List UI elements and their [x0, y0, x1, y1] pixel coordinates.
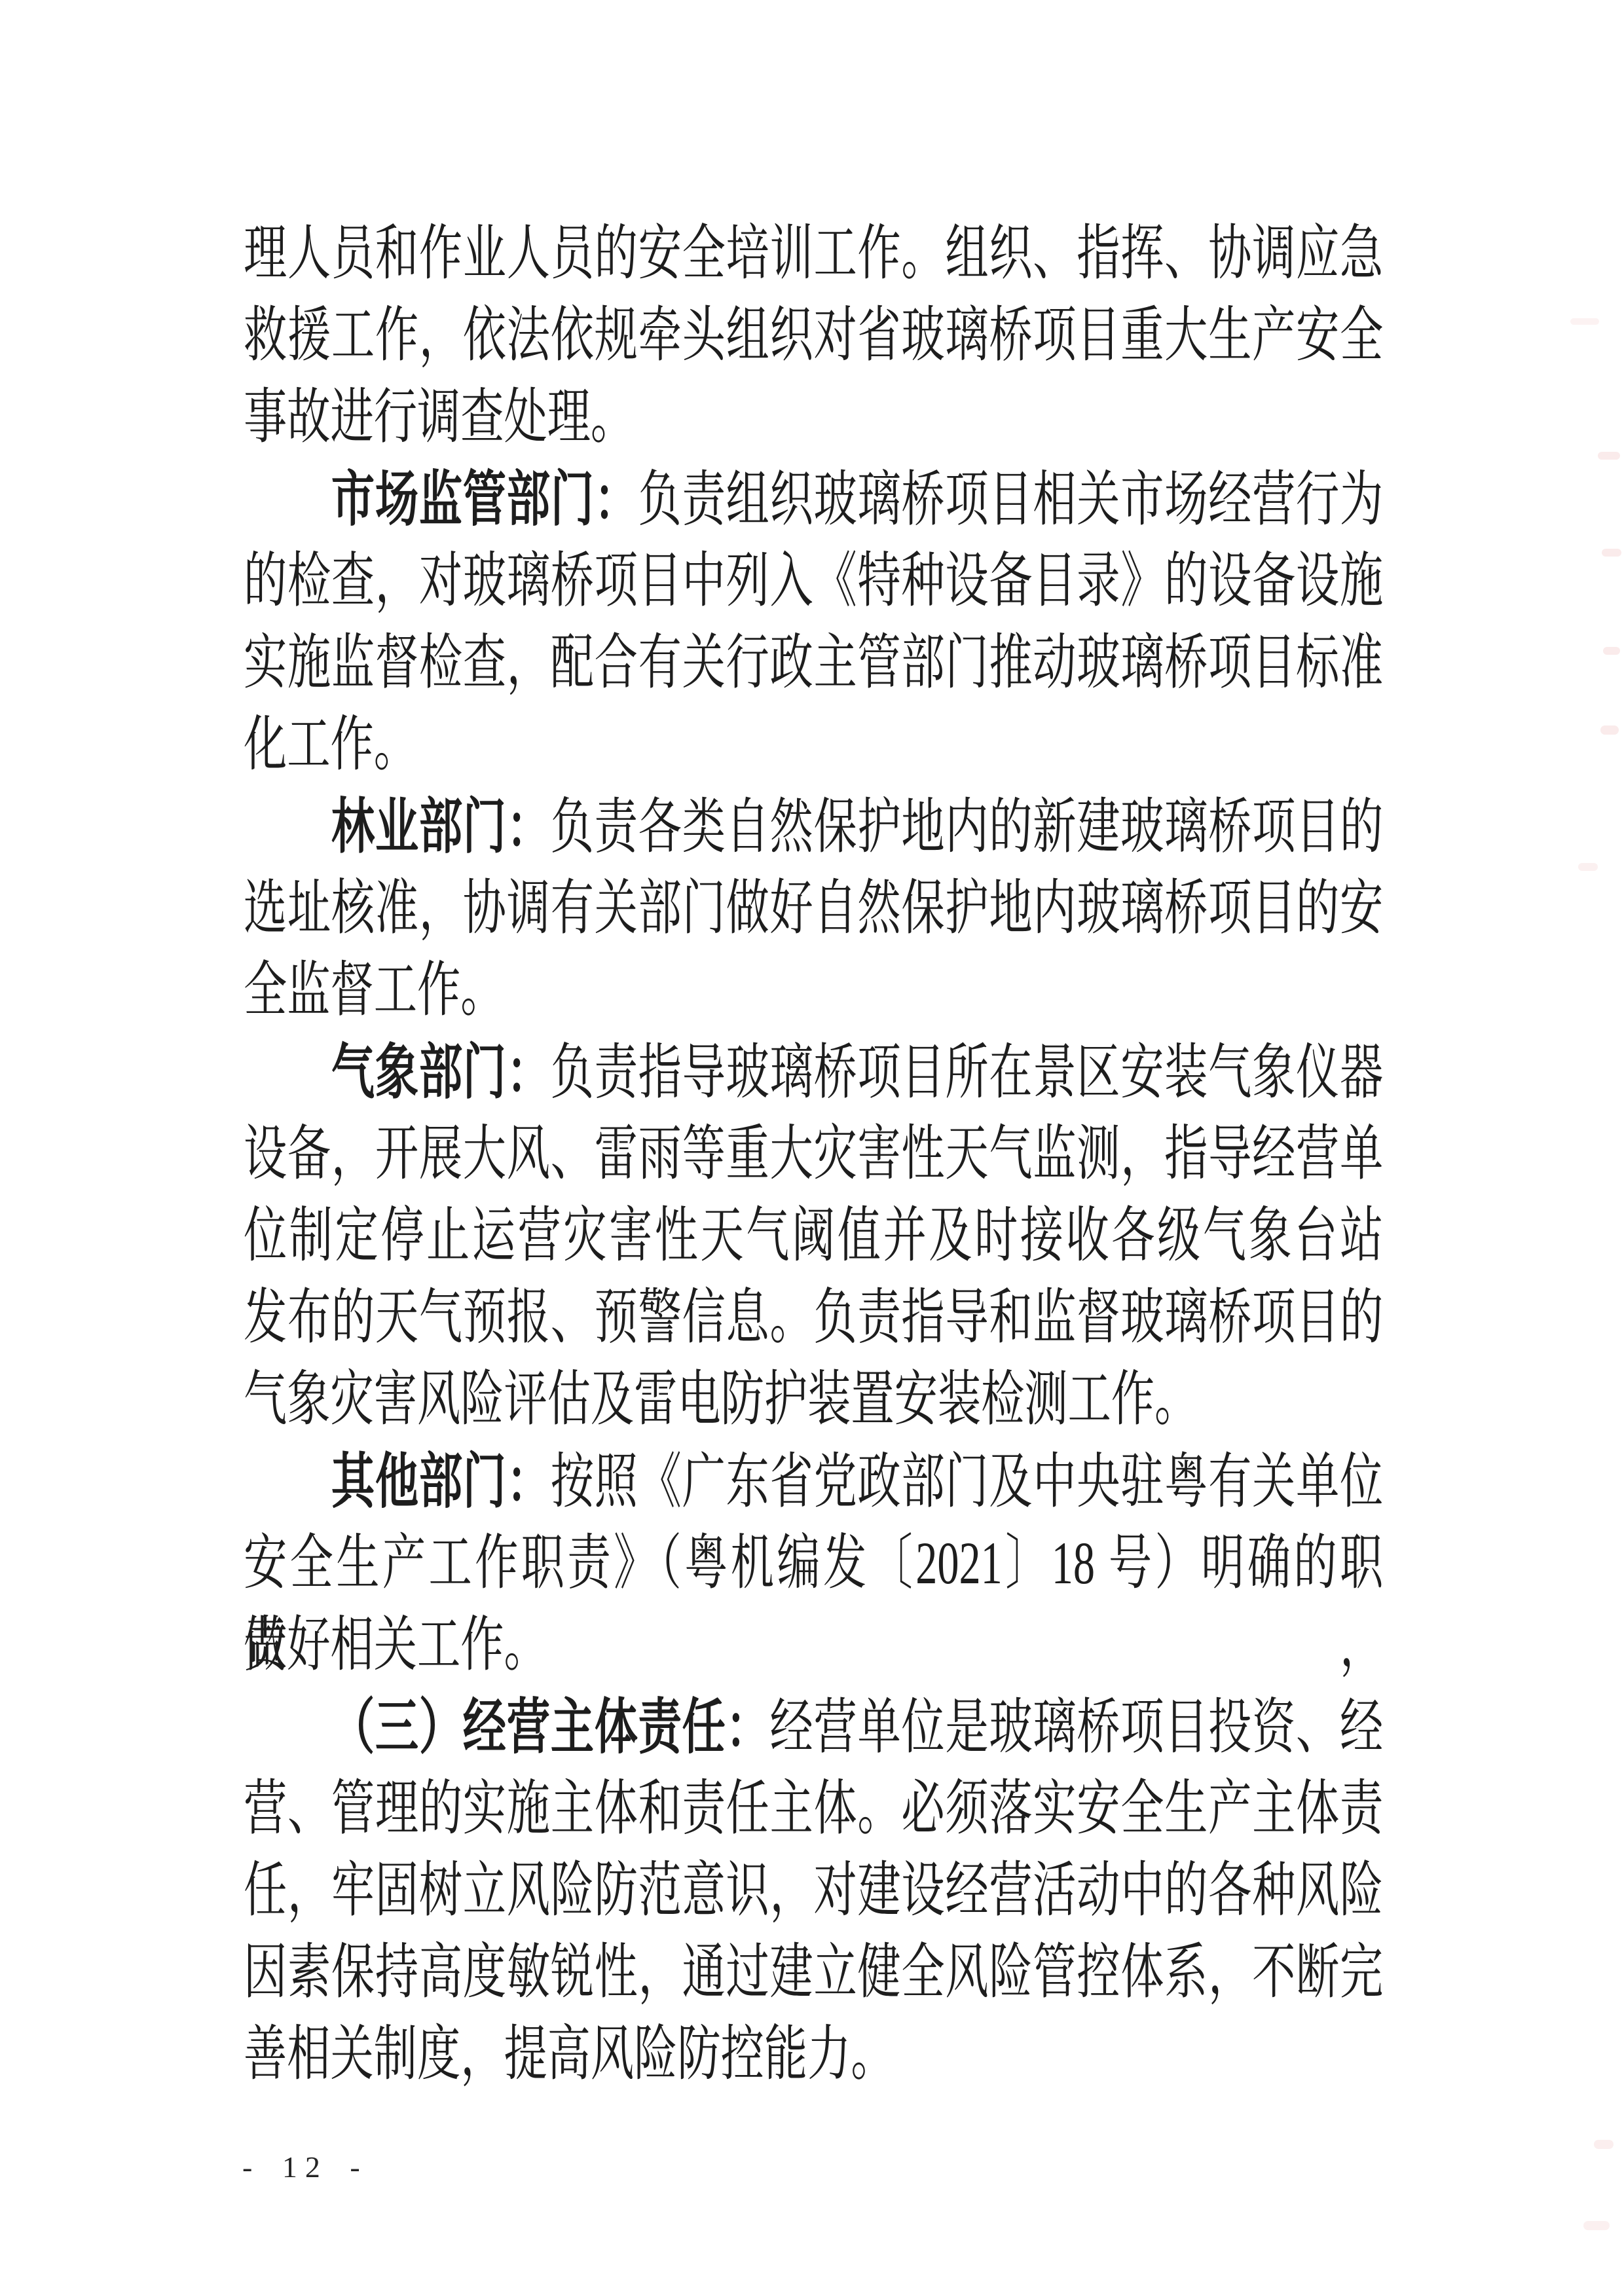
text-line: 任，牢固树立风险防范意识，对建设经营活动中的各种风险 — [244, 1850, 1383, 1932]
scan-artifact — [1570, 318, 1599, 325]
text-run: 化工作。 — [244, 711, 417, 778]
text-line: 营、管理的实施主体和责任主体。必须落实安全生产主体责 — [244, 1768, 1383, 1850]
text-line: 设备，开展大风、雷雨等重大灾害性天气监测，指导经营单 — [244, 1113, 1383, 1195]
text-line: 选址核准，协调有关部门做好自然保护地内玻璃桥项目的安 — [244, 868, 1383, 949]
text-line: 善相关制度，提高风险防控能力。 — [244, 2013, 1383, 2095]
text-run: 负责指导玻璃桥项目所在景区安装气象仪器 — [551, 1039, 1384, 1106]
text-line: 位制定停止运营灾害性天气阈值并及时接收各级气象台站 — [244, 1195, 1383, 1277]
text-run: 的检查，对玻璃桥项目中列入《特种设备目录》的设备设施 — [244, 547, 1383, 614]
text-line: 的检查，对玻璃桥项目中列入《特种设备目录》的设备设施 — [244, 540, 1383, 622]
text-run: 经营单位是玻璃桥项目投资、经 — [770, 1694, 1384, 1761]
scan-artifact — [1600, 725, 1619, 735]
text-run: 位制定停止运营灾害性天气阈值并及时接收各级气象台站 — [244, 1202, 1383, 1269]
text-run: 因素保持高度敏锐性，通过建立健全风险管控体系，不断完 — [244, 1939, 1383, 2006]
scan-artifact — [1578, 863, 1598, 871]
text-run: 理人员和作业人员的安全培训工作。组织、指挥、协调应急 — [244, 220, 1383, 287]
scan-artifact — [1594, 2140, 1614, 2149]
text-line: 气象灾害风险评估及雷电防护装置安装检测工作。 — [244, 1359, 1383, 1441]
page-number: - 12 - — [242, 2150, 368, 2184]
text-line: 理人员和作业人员的安全培训工作。组织、指挥、协调应急 — [244, 213, 1383, 295]
text-run: 负责组织玻璃桥项目相关市场经营行为 — [638, 466, 1384, 533]
text-line: 救援工作，依法依规牵头组织对省玻璃桥项目重大生产安全 — [244, 295, 1383, 376]
scan-artifact — [1602, 549, 1621, 557]
text-line: 林业部门：负责各类自然保护地内的新建玻璃桥项目的 — [244, 786, 1383, 868]
text-line: 事故进行调查处理。 — [244, 376, 1383, 458]
bold-heading-run: 林业部门： — [331, 792, 551, 862]
text-line: 因素保持高度敏锐性，通过建立健全风险管控体系，不断完 — [244, 1932, 1383, 2013]
scan-artifact — [1583, 2221, 1610, 2230]
bold-heading-run: （三）经营主体责任： — [331, 1692, 770, 1762]
text-line: 全监督工作。 — [244, 949, 1383, 1031]
text-block: 理人员和作业人员的安全培训工作。组织、指挥、协调应急救援工作，依法依规牵头组织对… — [244, 213, 1383, 2095]
text-run: 任，牢固树立风险防范意识，对建设经营活动中的各种风险 — [244, 1857, 1383, 1924]
text-run: 营、管理的实施主体和责任主体。必须落实安全生产主体责 — [244, 1775, 1383, 1842]
text-line: 其他部门：按照《广东省党政部门及中央驻粤有关单位 — [244, 1441, 1383, 1522]
text-run: 实施监督检查，配合有关行政主管部门推动玻璃桥项目标准 — [244, 629, 1383, 696]
text-run: 选址核准，协调有关部门做好自然保护地内玻璃桥项目的安 — [244, 875, 1383, 942]
bold-heading-run: 其他部门： — [331, 1446, 551, 1516]
text-run: 设备，开展大风、雷雨等重大灾害性天气监测，指导经营单 — [244, 1120, 1383, 1187]
bold-heading-run: 气象部门： — [331, 1037, 551, 1107]
text-run: 气象灾害风险评估及雷电防护装置安装检测工作。 — [244, 1366, 1198, 1433]
text-run: 全监督工作。 — [244, 957, 504, 1023]
text-line: 实施监督检查，配合有关行政主管部门推动玻璃桥项目标准 — [244, 622, 1383, 704]
text-run: 善相关制度，提高风险防控能力。 — [244, 2021, 895, 2087]
text-run: 发布的天气预报、预警信息。负责指导和监督玻璃桥项目的 — [244, 1284, 1383, 1351]
text-run: 事故进行调查处理。 — [244, 384, 634, 450]
document-page: 理人员和作业人员的安全培训工作。组织、指挥、协调应急救援工作，依法依规牵头组织对… — [0, 0, 1624, 2295]
text-run: 负责各类自然保护地内的新建玻璃桥项目的 — [551, 794, 1384, 860]
text-line: （三）经营主体责任：经营单位是玻璃桥项目投资、经 — [244, 1686, 1383, 1768]
text-line: 发布的天气预报、预警信息。负责指导和监督玻璃桥项目的 — [244, 1277, 1383, 1359]
bold-heading-run: 市场监管部门： — [331, 464, 638, 534]
text-line: 化工作。 — [244, 704, 1383, 786]
text-line: 气象部门：负责指导玻璃桥项目所在景区安装气象仪器 — [244, 1031, 1383, 1113]
text-run: 按照《广东省党政部门及中央驻粤有关单位 — [551, 1448, 1384, 1515]
text-run: 救援工作，依法依规牵头组织对省玻璃桥项目重大生产安全 — [244, 302, 1383, 369]
scan-artifact — [1603, 647, 1620, 655]
text-line: 安全生产工作职责》（粤机编发〔2021〕18 号）明确的职责， — [244, 1522, 1383, 1604]
text-line: 市场监管部门：负责组织玻璃桥项目相关市场经营行为 — [244, 458, 1383, 540]
text-run: 做好相关工作。 — [244, 1611, 547, 1678]
scan-artifact — [1598, 452, 1620, 460]
